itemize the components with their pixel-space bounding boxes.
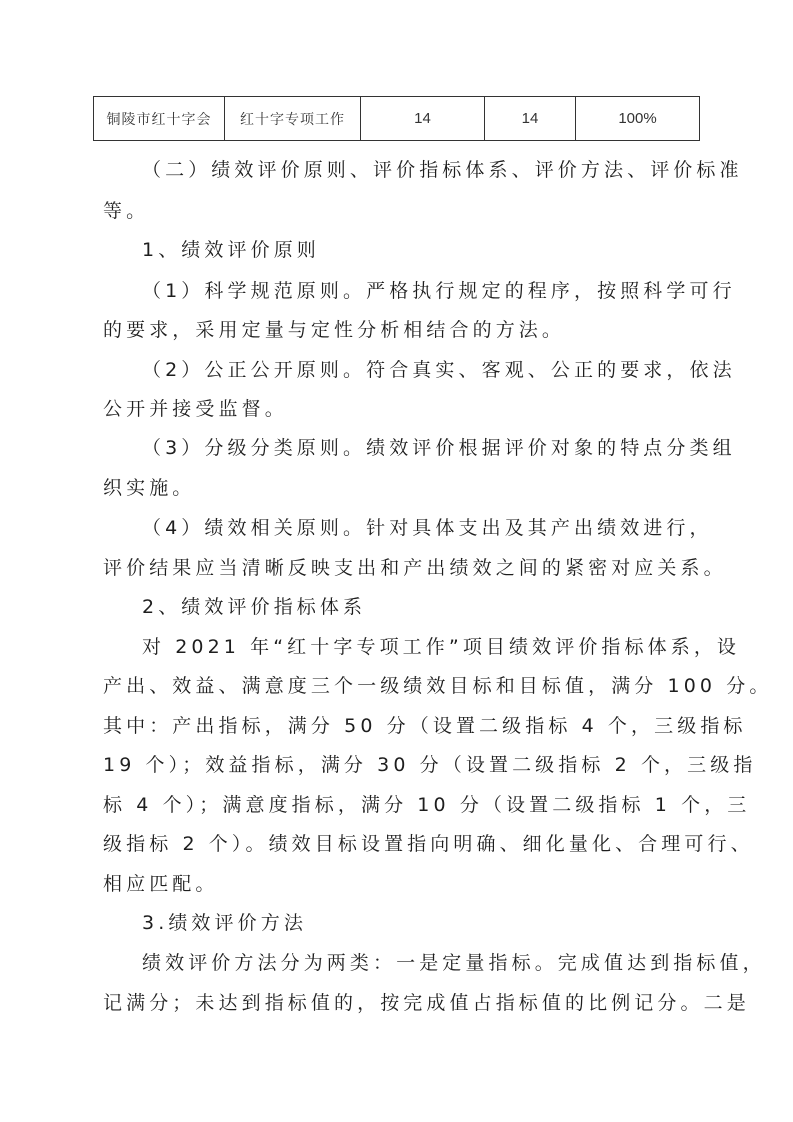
text-line: 织实施。: [103, 473, 195, 500]
text-line: 3.绩效评价方法: [142, 908, 307, 935]
table-row: 铜陵市红十字会 红十字专项工作 14 14 100%: [94, 97, 700, 141]
text-line: 级指标 2 个）。绩效目标设置指向明确、细化量化、合理可行、: [103, 829, 754, 856]
text-line: 记满分；未达到指标值的，按完成值占指标值的比例记分。二是: [103, 988, 750, 1015]
text-line: 公开并接受监督。: [103, 394, 288, 421]
cell-project: 红十字专项工作: [225, 97, 361, 141]
text-line: 2、绩效评价指标体系: [142, 592, 366, 619]
text-line: 1、绩效评价原则: [142, 235, 320, 262]
text-line: 19 个）；效益指标，满分 30 分（设置二级指标 2 个，三级指: [103, 750, 756, 777]
text-line: 标 4 个）；满意度指标，满分 10 分（设置二级指标 1 个，三: [103, 790, 750, 817]
text-line: （3）分级分类原则。绩效评价根据评价对象的特点分类组: [142, 433, 736, 460]
cell-unit: 铜陵市红十字会: [94, 97, 225, 141]
text-line: 产出、效益、满意度三个一级绩效目标和目标值，满分 100 分。: [103, 671, 772, 698]
text-line: （2）公正公开原则。符合真实、客观、公正的要求，依法: [142, 355, 736, 382]
performance-summary-table: 铜陵市红十字会 红十字专项工作 14 14 100%: [93, 96, 700, 141]
cell-completion-rate: 100%: [576, 97, 700, 141]
text-line: 其中：产出指标，满分 50 分（设置二级指标 4 个，三级指标: [103, 711, 747, 738]
text-line: 评价结果应当清晰反映支出和产出绩效之间的紧密对应关系。: [103, 553, 727, 580]
text-line: （4）绩效相关原则。针对具体支出及其产出绩效进行，: [142, 513, 713, 540]
text-line: 绩效评价方法分为两类：一是定量指标。完成值达到指标值，: [142, 948, 766, 975]
document-page: 铜陵市红十字会 红十字专项工作 14 14 100% （二）绩效评价原则、评价指…: [0, 0, 793, 1122]
text-line: 相应匹配。: [103, 869, 219, 896]
cell-value-1: 14: [361, 97, 485, 141]
text-line: （二）绩效评价原则、评价指标体系、评价方法、评价标准: [142, 155, 743, 182]
text-line: （1）科学规范原则。严格执行规定的程序，按照科学可行: [142, 276, 736, 303]
text-line: 对 2021 年“红十字专项工作”项目绩效评价指标体系，设: [142, 632, 740, 659]
cell-value-2: 14: [485, 97, 576, 141]
text-line: 等。: [103, 196, 149, 223]
text-line: 的要求，采用定量与定性分析相结合的方法。: [103, 315, 565, 342]
